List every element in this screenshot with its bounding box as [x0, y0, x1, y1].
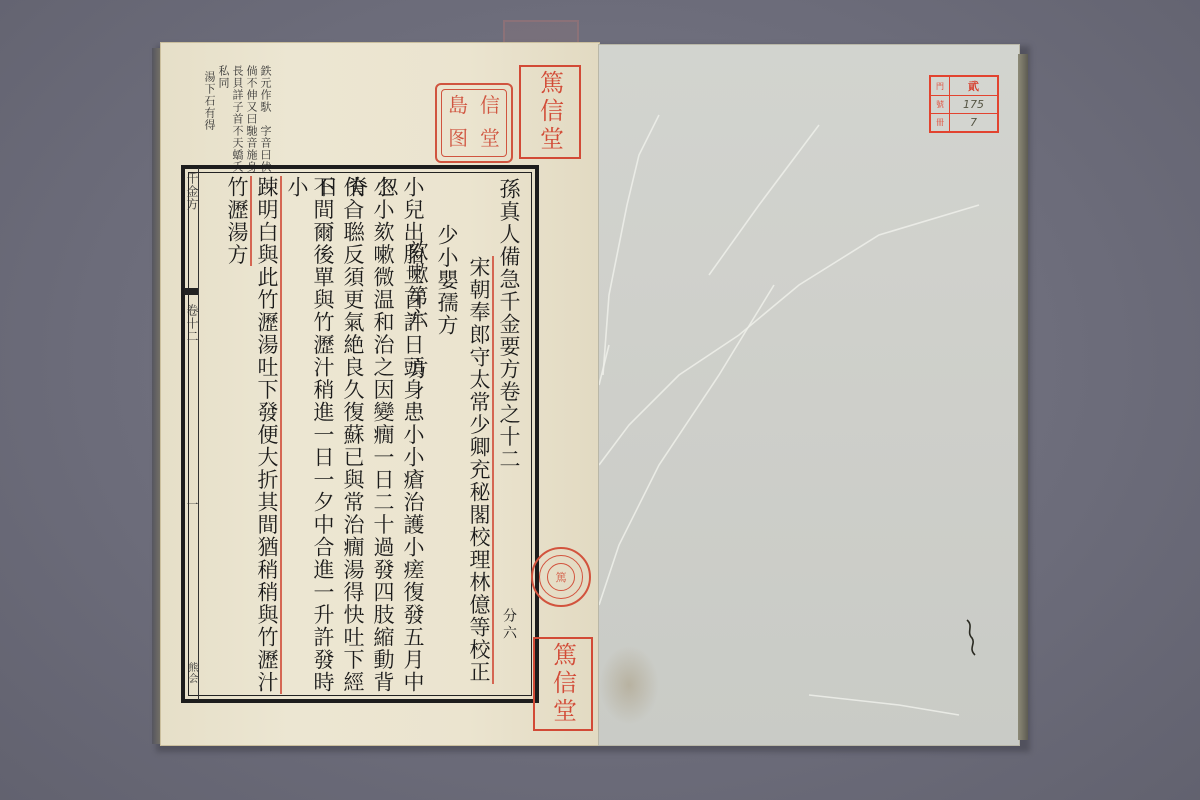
recipe-title: 竹瀝湯方	[224, 176, 252, 266]
handwritten-note-col-1: 鉄元作馱 字音曰伏	[259, 65, 272, 173]
call-value: 貮	[950, 78, 997, 94]
call-label: 門	[931, 77, 950, 95]
fishtail-mark	[184, 288, 198, 302]
call-value: 175	[950, 98, 997, 111]
section-title: 少小嬰孺方	[434, 224, 460, 337]
hall-seal-top: 篤信堂	[519, 65, 581, 159]
water-stain	[599, 645, 659, 725]
call-label: 號	[931, 96, 950, 113]
right-page-edge	[1018, 54, 1028, 740]
call-number-stamp: 門 貮 號 175 冊 7	[929, 75, 999, 133]
handwritten-note-col-5: 湯下石有得	[203, 71, 216, 131]
open-book: 鉄元作馱 字音曰伏 倘不伸又曰馳音施身 長貝詳子首不天蟜夭 私同 湯下石有得 島…	[152, 40, 1032, 752]
call-label: 冊	[931, 114, 950, 131]
left-page: 鉄元作馱 字音曰伏 倘不伸又曰馳音施身 長貝詳子首不天蟜夭 私同 湯下石有得 島…	[160, 42, 600, 746]
body-line-4: 不間爾後單與竹瀝汁稍進一日一夕中合進一升許發時小	[284, 176, 336, 700]
seal-ring	[539, 555, 583, 599]
round-seal: 篤	[531, 547, 591, 607]
fold-carver: 熊会	[184, 662, 199, 684]
call-value: 7	[950, 116, 997, 129]
right-page-flyleaf: 門 貮 號 175 冊 7	[598, 44, 1020, 746]
seal-char: 图	[442, 123, 474, 156]
seal-char: 信	[474, 90, 506, 123]
fold-title: 千金方	[184, 172, 201, 211]
seal-char: 島	[442, 90, 474, 123]
printed-text-block: 千金方 卷十二 一 熊会 孫真人備急千金要方卷之十二 宋朝奉郎守太常少卿充秘閣校…	[181, 165, 539, 703]
hall-seal-bottom: 篤信堂	[533, 637, 593, 731]
editor-line: 宋朝奉郎守太常少卿充秘閣校理林億等校正	[466, 256, 494, 684]
handwritten-note-col-3: 長貝詳子首不天蟜夭	[231, 65, 244, 173]
call-row-number: 號 175	[931, 95, 997, 113]
square-library-seal: 島 信 图 堂	[435, 83, 513, 163]
handwritten-note-col-4: 私同	[217, 65, 230, 89]
paper-creases	[599, 45, 1019, 745]
fold-column: 千金方 卷十二 一 熊会	[184, 168, 199, 700]
fold-volume: 卷十二	[184, 304, 201, 343]
body-line-5: 踈明白與此竹瀝湯吐下發便大折其間猶稍稍與竹瀝汁	[254, 176, 282, 694]
book-title-line: 孫真人備急千金要方卷之十二	[496, 178, 522, 471]
call-row-volume: 冊 7	[931, 113, 997, 131]
seal-char: 堂	[474, 123, 506, 156]
fold-page-number: 一	[184, 498, 201, 511]
ink-squiggle-mark	[964, 618, 978, 658]
call-row-class: 門 貮	[931, 77, 997, 95]
editor-line-suffix: 分六	[496, 608, 522, 642]
handwritten-note-col-2: 倘不伸又曰馳音施身	[245, 65, 258, 173]
